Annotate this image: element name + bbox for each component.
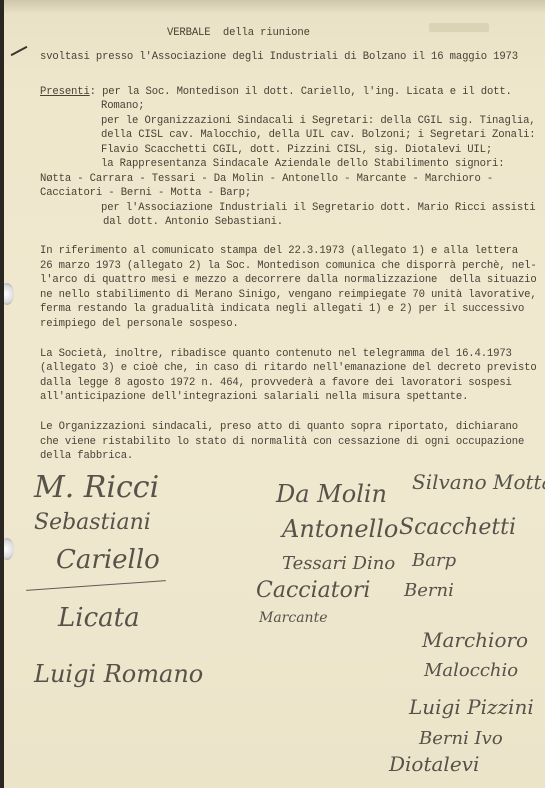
- rsa-names-line-1: Nøtta - Carrara - Tessari - Da Molin - A…: [40, 173, 493, 185]
- title-rest: della riunione: [223, 27, 310, 39]
- signature-da-molin: Da Molin: [276, 480, 387, 508]
- document-title: VERBALE della riunione: [167, 27, 310, 39]
- pen-tick-mark: [11, 46, 28, 56]
- presenti-line-3: per le Organizzazioni Sindacali i Segret…: [101, 115, 536, 127]
- paragraph-3-line-3: della fabbrica.: [40, 450, 133, 462]
- faded-stamp: [429, 23, 489, 32]
- presenti-line-1: Presenti: per la Soc. Montedison il dott…: [40, 86, 512, 98]
- signature-antonello: Antonello: [282, 515, 398, 543]
- presenti-label: Presenti: [40, 86, 90, 98]
- signature-underline: [26, 580, 166, 591]
- presenti-line-2: Romano;: [101, 100, 144, 112]
- paragraph-1-line-5: ferma restando la gradualità indicata ne…: [40, 303, 524, 315]
- signature-pizzini: Luigi Pizzini: [409, 695, 534, 719]
- paragraph-1-line-4: ne nello stabilimento di Merano Sinigo, …: [40, 289, 537, 301]
- signature-cariello: Cariello: [56, 545, 160, 575]
- signature-silvano-motta: Silvano Motta: [412, 470, 545, 494]
- signature-berni-1: Berni: [404, 580, 454, 601]
- paragraph-2-line-3: dalla legge 8 agosto 1972 n. 464, provve…: [40, 377, 512, 389]
- paragraph-1-line-6: reimpiego del personale sospeso.: [40, 318, 239, 330]
- paragraph-1-line-3: l'arco di quattro mesi e mezzo a decorre…: [40, 274, 537, 286]
- signature-cacciatori: Cacciatori: [256, 578, 370, 603]
- signature-licata: Licata: [58, 603, 140, 633]
- punch-hole-lower: [4, 538, 14, 560]
- signature-ricci: M. Ricci: [34, 470, 159, 505]
- signature-sebastiani: Sebastiani: [34, 510, 151, 535]
- signature-marchioro: Marchioro: [422, 628, 528, 652]
- punch-hole-upper: [4, 283, 14, 305]
- paragraph-2-line-4: all'anticipazione dell'integrazioni sala…: [40, 391, 468, 403]
- signature-diotalevi: Diotalevi: [389, 752, 479, 776]
- associazione-line-2: dal dott. Antonio Sebastiani.: [103, 216, 283, 228]
- signature-malocchio: Malocchio: [424, 660, 518, 681]
- presenti-text: : per la Soc. Montedison il dott. Cariel…: [90, 86, 512, 98]
- scanned-document-page: VERBALE della riunione svoltasi presso l…: [4, 0, 545, 788]
- paragraph-1-line-2: 26 marzo 1973 (allegato 2) la Soc. Monte…: [40, 260, 537, 272]
- associazione-line-1: per l'Associazione Industriali il Segret…: [101, 202, 536, 214]
- paragraph-1-line-1: In riferimento al comunicato stampa del …: [40, 245, 518, 257]
- paragraph-3-line-2: che viene ristabilito lo stato di normal…: [40, 436, 524, 448]
- presenti-line-4: della CISL cav. Malocchio, della UIL cav…: [101, 129, 536, 141]
- signature-tessari: Tessari Dino: [282, 553, 395, 574]
- paragraph-2-line-1: La Società, inoltre, ribadisce quanto co…: [40, 348, 512, 360]
- signature-romano: Luigi Romano: [34, 660, 203, 688]
- page-top-shadow: [4, 0, 545, 14]
- rsa-names-line-2: Cacciatori - Berni - Motta - Barp;: [40, 187, 251, 199]
- signature-marcante: Marcante: [259, 610, 328, 626]
- paragraph-2-line-2: (allegato 3) e cioè che, in caso di rita…: [40, 362, 537, 374]
- presenti-line-6: la Rappresentanza Sindacale Aziendale de…: [101, 158, 504, 170]
- signature-berni-ivo: Berni Ivo: [419, 728, 503, 749]
- presenti-line-5: Flavio Scacchetti CGIL, dott. Pizzini CI…: [101, 144, 492, 156]
- signature-scacchetti: Scacchetti: [399, 515, 516, 540]
- paragraph-3-line-1: Le Organizzazioni sindacali, preso atto …: [40, 421, 518, 433]
- document-subtitle: svoltasi presso l'Associazione degli Ind…: [40, 51, 518, 63]
- title-verbale: VERBALE: [167, 27, 210, 39]
- signature-barp: Barp: [412, 550, 456, 571]
